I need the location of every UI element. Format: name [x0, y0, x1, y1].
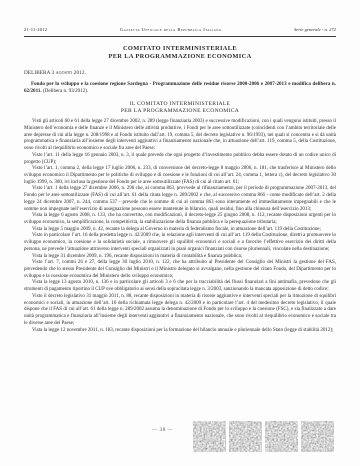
- header-series-number: Serie generale - n. 272: [294, 27, 336, 33]
- page-header: 21-11-2012 Gazzetta Ufficiale della Repu…: [24, 27, 336, 37]
- paragraph: Visto l’art. 1 della legge 27 dicembre 2…: [24, 186, 336, 213]
- header-journal-title: Gazzetta Ufficiale della Repubblica Ital…: [120, 27, 222, 33]
- page-number: — 38 —: [152, 427, 173, 433]
- delibera-subject: Fondo per lo sviluppo e la coesione regi…: [24, 81, 336, 94]
- committee-title-line2: PER LA PROGRAMMAZIONE ECONOMICA: [24, 53, 336, 61]
- paragraph: Vista la legge 31 dicembre 2009, n. 196,…: [24, 254, 336, 261]
- delibera-date: DELIBERA 3 agosto 2012.: [24, 70, 336, 76]
- paragraph: Vista la legge 6 agosto 2008, n. 133, ch…: [24, 213, 336, 226]
- paragraph: Visto l’art. 1, comma 2, della legge 17 …: [24, 166, 336, 186]
- paragraph: Visto il decreto legislativo 31 maggio 2…: [24, 294, 336, 328]
- paragraph: Visti gli articoli 60 e 61 della legge 2…: [24, 119, 336, 153]
- committee-heading-line1: IL COMITATO INTERMINISTERIALE: [24, 101, 336, 108]
- committee-title: COMITATO INTERMINISTERIALE PER LA PROGRA…: [24, 45, 336, 61]
- scan-artifact-blocks: [193, 421, 334, 452]
- committee-heading-line2: PER LA PROGRAMMAZIONE ECONOMICA: [24, 108, 336, 115]
- paragraph: Visto in particolare l’art. 16 della pre…: [24, 233, 336, 253]
- delibera-body: Visti gli articoli 60 e 61 della legge 2…: [24, 119, 336, 334]
- paragraph: Vista la legge 5 maggio 2009, n. 42, rec…: [24, 227, 336, 234]
- scan-noise-block: [301, 421, 334, 452]
- scan-noise-block: [229, 421, 262, 452]
- committee-title-line1: COMITATO INTERMINISTERIALE: [24, 45, 336, 53]
- scan-noise-block: [193, 421, 226, 452]
- paragraph: Vista la legge 13 agosto 2010, n. 136 e …: [24, 280, 336, 293]
- paragraph: Vista la legge 12 novembre 2011, n. 183,…: [24, 328, 336, 335]
- paragraph: Visto l’art. 11 della legge 16 gennaio 2…: [24, 153, 336, 166]
- scan-noise-block: [265, 421, 298, 452]
- header-date: 21-11-2012: [24, 27, 47, 33]
- committee-heading: IL COMITATO INTERMINISTERIALE PER LA PRO…: [24, 101, 336, 115]
- delibera-subject-ref: (Delibera n. 93/2012).: [42, 88, 89, 94]
- gazette-page: 21-11-2012 Gazzetta Ufficiale della Repu…: [0, 0, 360, 466]
- paragraph: Visto l’art. 7, commi 26 e 27, della leg…: [24, 260, 336, 280]
